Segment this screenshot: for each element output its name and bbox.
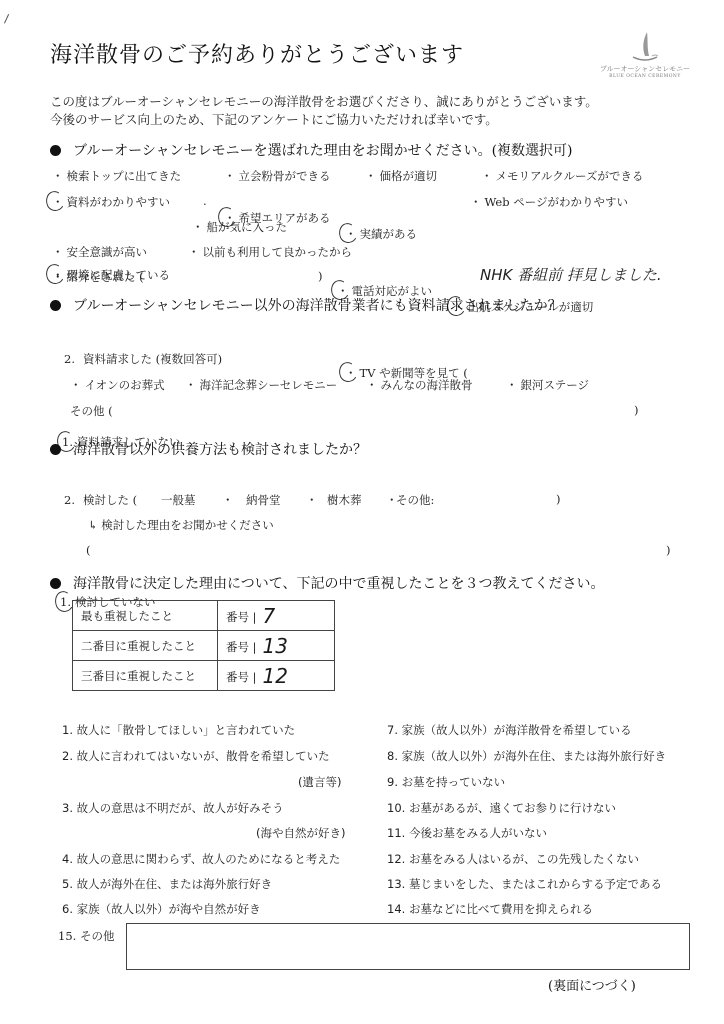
q3-reason-prompt: ↳ 検討した理由をお聞かせください (88, 517, 274, 533)
q1-tv-answer[interactable]: NHK 番組前 拝見しました. (480, 264, 662, 285)
q2-company-minna[interactable]: ・みんなの海洋散骨 (366, 377, 473, 393)
reason-15-label: 15. その他 (58, 928, 114, 944)
q1-option-liked-boat[interactable]: ・船が気に入った (192, 219, 287, 235)
bullet-icon (50, 578, 61, 589)
q3-reason-open: ( (86, 543, 91, 557)
question-1: ブルーオーシャンセレモニーを選ばれた理由をお聞かせください。(複数選択可) (50, 140, 573, 160)
ranking-answer-cell[interactable]: 番号 |12 (218, 661, 335, 691)
ranking-answer: 13 (263, 634, 288, 658)
q1-option-witness-grinding[interactable]: ・立会粉骨ができる (224, 168, 331, 184)
bullet-icon (50, 145, 61, 156)
reason-7: 7. 家族（故人以外）が海洋散骨を希望している (387, 722, 632, 738)
q2-other-label: その他 ( (70, 403, 113, 419)
ranking-answer: 7 (263, 604, 276, 628)
intro-line-2: 今後のサービス向上のため、下記のアンケートにご協力いただければ幸いです。 (50, 110, 498, 128)
question-3: 海洋散骨以外の供養方法も検討されましたか？ (50, 439, 367, 459)
reason-12: 12. お墓をみる人はいるが、この先残したくない (387, 851, 639, 867)
ranking-answer: 12 (263, 664, 288, 688)
q3-method-general-grave[interactable]: 一般墓 (161, 492, 196, 508)
ranking-answer-cell[interactable]: 番号 |13 (218, 631, 335, 661)
bullet-icon (50, 444, 61, 455)
q3-methods-close: ) (556, 492, 561, 506)
q1-option-safety[interactable]: ・安全意識が高い (52, 244, 147, 260)
reason-5: 5. 故人が海外在住、または海外旅行好き (62, 876, 272, 892)
question-4-text: 海洋散骨に決定した理由について、下記の中で重視したことを３つ教えてください。 (73, 576, 604, 592)
q2-company-aeon[interactable]: ・イオンのお葬式 (70, 377, 165, 393)
q1-option-search-top[interactable]: ・検索トップに出てきた (52, 168, 181, 184)
company-logo: ブルーオーシャンセレモニー BLUE OCEAN CEREMONY (590, 30, 700, 90)
q3-method-tree-burial[interactable]: 樹木葬 (327, 492, 362, 508)
reason-13: 13. 墓じまいをした、またはこれからする予定である (387, 876, 662, 892)
reason-2-note: (遺言等) (298, 774, 341, 790)
logo-text-ja: ブルーオーシャンセレモニー (590, 64, 700, 74)
q1-option-desired-area[interactable]: ・希望エリアがある (224, 210, 724, 226)
sail-logo-icon (625, 30, 665, 64)
reason-14: 14. お墓などに比べて費用を抑えられる (387, 901, 593, 917)
intro-line-1: この度はブルーオーシャンセレモニーの海洋散骨をお選びくださり、誠にありがとうござ… (50, 92, 598, 110)
ranking-row-2: 二番目に重視したこと 番号 |13 (73, 631, 335, 661)
separator-dot: ・ (222, 492, 234, 508)
q1-option-track-record[interactable]: ・実績がある (345, 226, 724, 242)
q1-option-memorial-cruise[interactable]: ・メモリアルクルーズができる (481, 168, 643, 184)
ranking-table: 最も重視したこと 番号 |7 二番目に重視したこと 番号 |13 三番目に重視し… (72, 600, 335, 691)
q3-reason-close: ) (666, 543, 671, 557)
reason-15-other-input[interactable] (126, 923, 690, 970)
reason-3: 3. 故人の意思は不明だが、故人が好みそう (62, 800, 284, 816)
question-4: 海洋散骨に決定した理由について、下記の中で重視したことを３つ教えてください。 (50, 573, 604, 593)
ranking-label: 三番目に重視したこと (73, 661, 218, 691)
q2-company-ginga[interactable]: ・銀河ステージ (506, 377, 589, 393)
q2-company-sea-ceremony[interactable]: ・海洋記念葬シーセレモニー (185, 377, 337, 393)
question-2-text: ブルーオーシャンセレモニー以外の海洋散骨業者にも資料請求されましたか？ (73, 298, 562, 314)
reason-2: 2. 故人に言われてはいないが、散骨を希望していた (62, 748, 330, 764)
pen-mark (4, 14, 10, 24)
ranking-label: 二番目に重視したこと (73, 631, 218, 661)
separator-dot: ・ (306, 492, 318, 508)
stray-dot: . (203, 194, 207, 208)
q2-other-close: ) (634, 403, 639, 417)
q1-option-referral[interactable]: ・紹介をされた ( (52, 269, 144, 285)
q1-option-used-before[interactable]: ・以前も利用して良かったから (188, 244, 352, 260)
q2-option-requested[interactable]: 2.資料請求した (複数回答可) (64, 351, 222, 367)
q3-method-other[interactable]: その他: (396, 492, 434, 508)
ranking-row-1: 最も重視したこと 番号 |7 (73, 601, 335, 631)
reason-4: 4. 故人の意思に関わらず、故人のためになると考えた (62, 851, 340, 867)
continue-note: (裏面につづく) (548, 975, 636, 994)
reason-10: 10. お墓があるが、遠くてお参りに行けない (387, 800, 616, 816)
reason-8: 8. 家族（故人以外）が海外在住、または海外旅行好き (387, 748, 666, 764)
q3-option-considered[interactable]: 2.検討した ( (64, 492, 137, 508)
q3-reason-input[interactable] (96, 543, 656, 559)
reason-11: 11. 今後お墓をみる人がいない (387, 825, 547, 841)
question-2: ブルーオーシャンセレモニー以外の海洋散骨業者にも資料請求されましたか？ (50, 295, 562, 315)
q1-option-clear-website[interactable]: ・Web ページがわかりやすい (470, 194, 628, 210)
reason-1: 1. 故人に「散骨してほしい」と言われていた (62, 722, 295, 738)
reason-9: 9. お墓を持っていない (387, 774, 505, 790)
question-3-text: 海洋散骨以外の供養方法も検討されましたか？ (73, 442, 367, 458)
q3-method-columbarium[interactable]: 納骨堂 (246, 492, 281, 508)
ranking-label: 最も重視したこと (73, 601, 218, 631)
reason-6: 6. 家族（故人以外）が海や自然が好き (62, 901, 261, 917)
q2-other-input[interactable] (130, 403, 620, 419)
q1-option-price[interactable]: ・価格が適切 (365, 168, 437, 184)
ranking-answer-cell[interactable]: 番号 |7 (218, 601, 335, 631)
ranking-row-3: 三番目に重視したこと 番号 |12 (73, 661, 335, 691)
bullet-icon (50, 300, 61, 311)
q1-referral-close: ) (318, 269, 323, 283)
page-title: 海洋散骨のご予約ありがとうございます (50, 38, 464, 69)
question-1-text: ブルーオーシャンセレモニーを選ばれた理由をお聞かせください。(複数選択可) (73, 143, 573, 159)
logo-text-en: BLUE OCEAN CEREMONY (590, 74, 700, 79)
reason-3-note: (海や自然が好き) (256, 825, 345, 841)
